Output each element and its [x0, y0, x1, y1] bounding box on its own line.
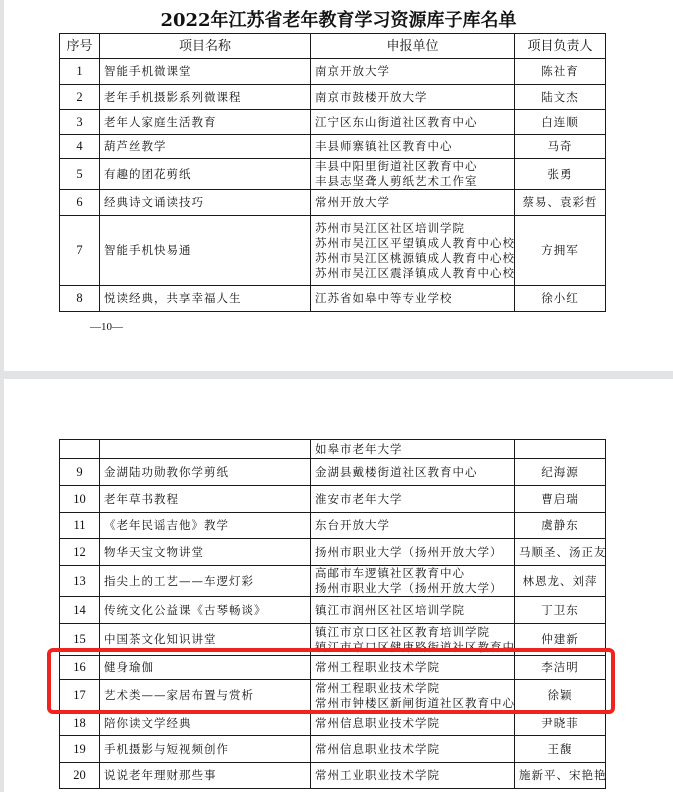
table-row: 18陪你读文学经典常州信息职业技术学院尹晓菲 — [60, 712, 606, 736]
project-name: 说说老年理财那些事 — [100, 763, 311, 789]
applicant-unit-line: 东台开放大学 — [315, 518, 510, 533]
project-lead: 白连顺 — [515, 110, 606, 135]
table-header-row: 序号 项目名称 申报单位 项目负责人 — [60, 34, 606, 59]
applicant-unit-line: 江宁区东山街道社区教育中心 — [315, 115, 510, 130]
row-number: 15 — [60, 624, 100, 656]
table-row: 20说说老年理财那些事常州工业职业技术学院施新平、宋艳艳 — [60, 763, 606, 789]
applicant-unit-line: 常州工程职业技术学院 — [315, 681, 510, 696]
project-name: 智能手机快易通 — [100, 216, 311, 286]
applicant-unit-line: 苏州市吴江区平望镇成人教育中心校 — [315, 236, 510, 251]
project-name: 葫芦丝教学 — [100, 135, 311, 159]
applicant-unit: 镇江市京口区社区教育培训学院镇江市京口区健康路街道社区教育中心 — [311, 624, 515, 656]
project-name: 《老年民谣吉他》教学 — [100, 513, 311, 539]
project-lead: 张勇 — [515, 159, 606, 190]
row-number: 8 — [60, 286, 100, 312]
applicant-unit: 淮安市老年大学 — [311, 486, 515, 513]
applicant-unit: 常州开放大学 — [311, 190, 515, 216]
applicant-unit-line: 常州信息职业技术学院 — [315, 716, 510, 731]
project-name: 指尖上的工艺——车逻灯彩 — [100, 566, 311, 597]
project-lead: 尹晓菲 — [515, 712, 606, 736]
applicant-unit-line: 苏州市吴江区桃源镇成人教育中心校 — [315, 251, 510, 266]
applicant-unit: 丰县中阳里街道社区教育中心丰县志坚聋人剪纸艺术工作室 — [311, 159, 515, 190]
page-number: —10— — [90, 321, 123, 333]
document-title: 2022年江苏省老年教育学习资源库子库名单 — [4, 6, 673, 32]
project-name: 艺术类——家居布置与赏析 — [100, 680, 311, 712]
row-number: 9 — [60, 459, 100, 486]
applicant-unit: 江苏省如皋中等专业学校 — [311, 286, 515, 312]
table-row: 8悦读经典，共享幸福人生江苏省如皋中等专业学校徐小红 — [60, 286, 606, 312]
resource-table-page-2: 如皋市老年大学9金湖陆功勋教你学剪纸金湖县戴楼街道社区教育中心纪海源10老年草书… — [59, 439, 606, 789]
project-lead: 林恩龙、刘萍 — [515, 566, 606, 597]
header-project-lead: 项目负责人 — [515, 34, 606, 59]
applicant-unit: 丰县师寨镇社区教育中心 — [311, 135, 515, 159]
project-name: 老年人家庭生活教育 — [100, 110, 311, 135]
project-lead: 纪海源 — [515, 459, 606, 486]
row-number: 4 — [60, 135, 100, 159]
applicant-unit-line: 高邮市车逻镇社区教育中心 — [315, 566, 510, 581]
table-row: 6经典诗文诵读技巧常州开放大学蔡易、袁彩哲 — [60, 190, 606, 216]
applicant-unit-line: 常州工业职业技术学院 — [315, 768, 510, 783]
row-number: 1 — [60, 59, 100, 85]
table-row: 16健身瑜伽常州工程职业技术学院李洁明 — [60, 656, 606, 680]
applicant-unit-line: 丰县中阳里街道社区教育中心 — [315, 159, 510, 174]
table-row: 4葫芦丝教学丰县师寨镇社区教育中心马奇 — [60, 135, 606, 159]
applicant-unit: 江宁区东山街道社区教育中心 — [311, 110, 515, 135]
table-row: 2老年手机摄影系列微课程南京市鼓楼开放大学陆文杰 — [60, 85, 606, 110]
project-lead: 马顺圣、汤正友 — [515, 539, 606, 566]
project-lead: 仲建新 — [515, 624, 606, 656]
applicant-unit: 常州工业职业技术学院 — [311, 763, 515, 789]
project-name: 金湖陆功勋教你学剪纸 — [100, 459, 311, 486]
header-applicant-unit: 申报单位 — [311, 34, 515, 59]
document-page-1: 2022年江苏省老年教育学习资源库子库名单 序号 项目名称 申报单位 项目负责人… — [4, 0, 673, 371]
applicant-unit-line: 镇江市润州区社区培训学院 — [315, 603, 510, 618]
project-lead: 蔡易、袁彩哲 — [515, 190, 606, 216]
applicant-unit: 常州信息职业技术学院 — [311, 712, 515, 736]
project-name: 物华天宝文物讲堂 — [100, 539, 311, 566]
project-name: 中国茶文化知识讲堂 — [100, 624, 311, 656]
applicant-unit: 扬州市职业大学（扬州开放大学） — [311, 539, 515, 566]
project-lead: 李洁明 — [515, 656, 606, 680]
header-no: 序号 — [60, 34, 100, 59]
applicant-unit-line: 苏州市吴江区社区培训学院 — [315, 221, 510, 236]
row-number: 7 — [60, 216, 100, 286]
project-name: 手机摄影与短视频创作 — [100, 736, 311, 763]
applicant-unit: 高邮市车逻镇社区教育中心扬州市职业大学（扬州开放大学） — [311, 566, 515, 597]
project-lead: 曹启瑞 — [515, 486, 606, 513]
project-lead: 陈社育 — [515, 59, 606, 85]
row-number: 19 — [60, 736, 100, 763]
resource-table-page-1: 序号 项目名称 申报单位 项目负责人 1智能手机微课堂南京开放大学陈社育2老年手… — [59, 33, 606, 312]
applicant-unit-line: 扬州市职业大学（扬州开放大学） — [315, 545, 510, 560]
table-row: 9金湖陆功勋教你学剪纸金湖县戴楼街道社区教育中心纪海源 — [60, 459, 606, 486]
applicant-unit: 南京开放大学 — [311, 59, 515, 85]
row-number: 6 — [60, 190, 100, 216]
project-lead: 方拥军 — [515, 216, 606, 286]
row-number: 10 — [60, 486, 100, 513]
project-lead: 王馥 — [515, 736, 606, 763]
row-number: 2 — [60, 85, 100, 110]
row-number: 12 — [60, 539, 100, 566]
applicant-unit-line: 如皋市老年大学 — [315, 442, 510, 457]
project-name: 智能手机微课堂 — [100, 59, 311, 85]
applicant-unit: 苏州市吴江区社区培训学院苏州市吴江区平望镇成人教育中心校苏州市吴江区桃源镇成人教… — [311, 216, 515, 286]
applicant-unit: 镇江市润州区社区培训学院 — [311, 597, 515, 624]
table-row: 15中国茶文化知识讲堂镇江市京口区社区教育培训学院镇江市京口区健康路街道社区教育… — [60, 624, 606, 656]
project-lead: 陆文杰 — [515, 85, 606, 110]
project-lead — [515, 440, 606, 459]
project-lead: 徐小红 — [515, 286, 606, 312]
applicant-unit-line: 扬州市职业大学（扬州开放大学） — [315, 581, 510, 596]
row-number — [60, 440, 100, 459]
project-name: 陪你读文学经典 — [100, 712, 311, 736]
table-row: 5有趣的团花剪纸丰县中阳里街道社区教育中心丰县志坚聋人剪纸艺术工作室张勇 — [60, 159, 606, 190]
table-row: 10老年草书教程淮安市老年大学曹启瑞 — [60, 486, 606, 513]
table-row: 12物华天宝文物讲堂扬州市职业大学（扬州开放大学）马顺圣、汤正友 — [60, 539, 606, 566]
applicant-unit: 东台开放大学 — [311, 513, 515, 539]
project-name: 老年手机摄影系列微课程 — [100, 85, 311, 110]
row-number: 3 — [60, 110, 100, 135]
row-number: 20 — [60, 763, 100, 789]
applicant-unit: 常州工程职业技术学院 — [311, 656, 515, 680]
table-row: 19手机摄影与短视频创作常州信息职业技术学院王馥 — [60, 736, 606, 763]
table-row: 13指尖上的工艺——车逻灯彩高邮市车逻镇社区教育中心扬州市职业大学（扬州开放大学… — [60, 566, 606, 597]
table-row: 17艺术类——家居布置与赏析常州工程职业技术学院常州市钟楼区新闸街道社区教育中心… — [60, 680, 606, 712]
document-page-2: 如皋市老年大学9金湖陆功勋教你学剪纸金湖县戴楼街道社区教育中心纪海源10老年草书… — [4, 379, 673, 792]
header-project-name: 项目名称 — [100, 34, 311, 59]
row-number: 18 — [60, 712, 100, 736]
row-number: 14 — [60, 597, 100, 624]
project-lead: 马奇 — [515, 135, 606, 159]
project-name: 健身瑜伽 — [100, 656, 311, 680]
applicant-unit: 金湖县戴楼街道社区教育中心 — [311, 459, 515, 486]
project-lead: 徐颖 — [515, 680, 606, 712]
applicant-unit: 如皋市老年大学 — [311, 440, 515, 459]
applicant-unit-line: 常州市钟楼区新闸街道社区教育中心 — [315, 696, 510, 711]
applicant-unit-line: 南京市鼓楼开放大学 — [315, 90, 510, 105]
applicant-unit-line: 苏州市吴江区震泽镇成人教育中心校 — [315, 266, 510, 281]
project-lead: 施新平、宋艳艳 — [515, 763, 606, 789]
table-row: 3老年人家庭生活教育江宁区东山街道社区教育中心白连顺 — [60, 110, 606, 135]
applicant-unit-line: 镇江市京口区健康路街道社区教育中心 — [315, 640, 510, 655]
project-name: 有趣的团花剪纸 — [100, 159, 311, 190]
applicant-unit-line: 江苏省如皋中等专业学校 — [315, 291, 510, 306]
table-row: 11《老年民谣吉他》教学东台开放大学虞静东 — [60, 513, 606, 539]
applicant-unit-line: 常州信息职业技术学院 — [315, 742, 510, 757]
applicant-unit: 常州工程职业技术学院常州市钟楼区新闸街道社区教育中心 — [311, 680, 515, 712]
project-name: 经典诗文诵读技巧 — [100, 190, 311, 216]
table-row: 14传统文化公益课《古琴畅谈》镇江市润州区社区培训学院丁卫东 — [60, 597, 606, 624]
applicant-unit-line: 常州开放大学 — [315, 195, 510, 210]
row-number: 13 — [60, 566, 100, 597]
applicant-unit-line: 金湖县戴楼街道社区教育中心 — [315, 465, 510, 480]
project-name: 悦读经典，共享幸福人生 — [100, 286, 311, 312]
applicant-unit: 南京市鼓楼开放大学 — [311, 85, 515, 110]
applicant-unit-line: 丰县志坚聋人剪纸艺术工作室 — [315, 174, 510, 189]
applicant-unit-line: 常州工程职业技术学院 — [315, 660, 510, 675]
applicant-unit-line: 镇江市京口区社区教育培训学院 — [315, 625, 510, 640]
applicant-unit-line: 丰县师寨镇社区教育中心 — [315, 139, 510, 154]
table-row: 1智能手机微课堂南京开放大学陈社育 — [60, 59, 606, 85]
project-name — [100, 440, 311, 459]
table-row: 如皋市老年大学 — [60, 440, 606, 459]
row-number: 11 — [60, 513, 100, 539]
project-lead: 虞静东 — [515, 513, 606, 539]
row-number: 16 — [60, 656, 100, 680]
project-name: 老年草书教程 — [100, 486, 311, 513]
row-number: 17 — [60, 680, 100, 712]
applicant-unit-line: 南京开放大学 — [315, 64, 510, 79]
applicant-unit-line: 淮安市老年大学 — [315, 492, 510, 507]
table-row: 7智能手机快易通苏州市吴江区社区培训学院苏州市吴江区平望镇成人教育中心校苏州市吴… — [60, 216, 606, 286]
applicant-unit: 常州信息职业技术学院 — [311, 736, 515, 763]
project-name: 传统文化公益课《古琴畅谈》 — [100, 597, 311, 624]
row-number: 5 — [60, 159, 100, 190]
project-lead: 丁卫东 — [515, 597, 606, 624]
